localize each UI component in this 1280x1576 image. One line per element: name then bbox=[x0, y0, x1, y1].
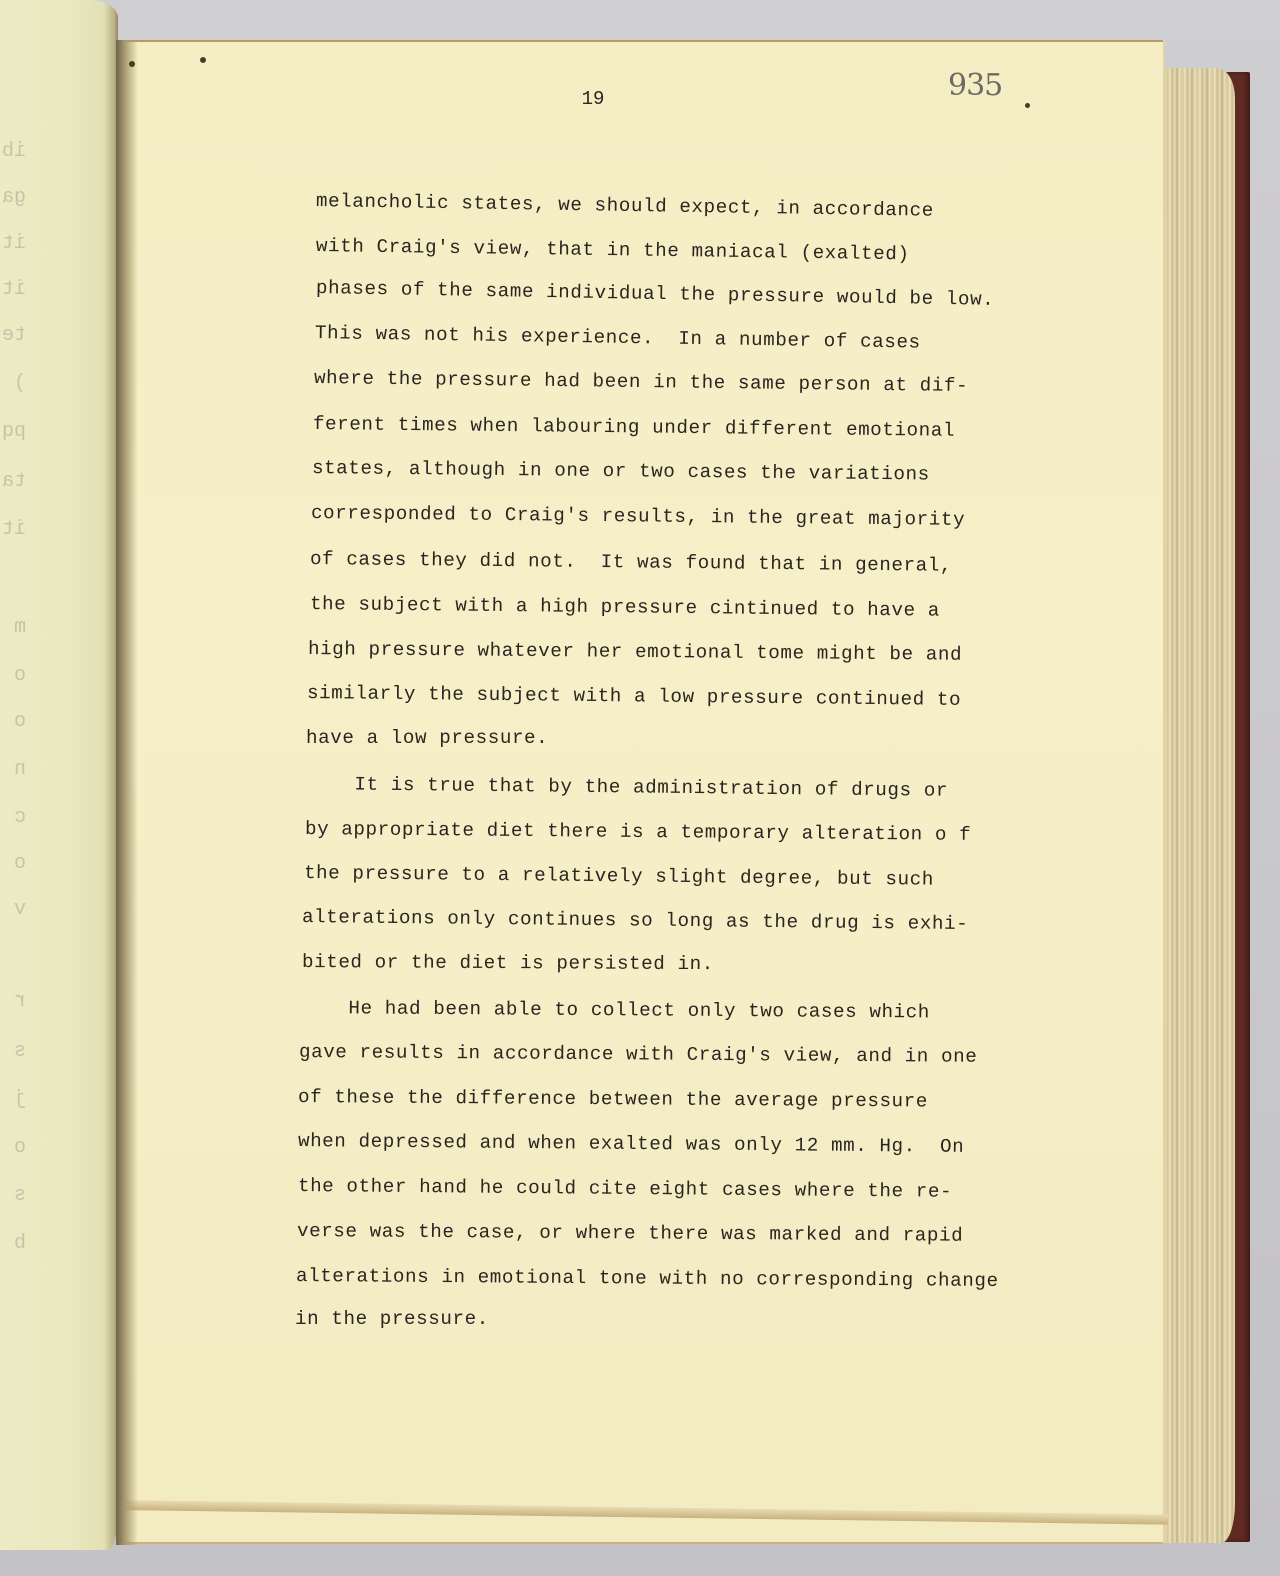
ghost-char: te bbox=[2, 324, 26, 347]
ghost-char: s bbox=[2, 1040, 26, 1063]
text-line: He had been able to collect only two cas… bbox=[300, 997, 930, 1023]
ghost-char: c bbox=[2, 806, 26, 829]
page-number: 19 bbox=[563, 88, 623, 110]
text-line: in the pressure. bbox=[295, 1308, 489, 1330]
text-line: have a low pressure. bbox=[306, 727, 548, 749]
text-line: bited or the diet is persisted in. bbox=[302, 951, 714, 975]
ghost-char: pq bbox=[2, 420, 26, 443]
ghost-char: ) bbox=[2, 372, 26, 395]
text-line: of these the difference between the aver… bbox=[298, 1086, 928, 1112]
handwritten-folio-number: 935 bbox=[948, 68, 1002, 103]
ghost-char: s bbox=[2, 1184, 26, 1207]
ghost-char: v bbox=[2, 898, 26, 921]
ghost-char: ga bbox=[2, 186, 26, 209]
ghost-char: ta bbox=[2, 470, 26, 493]
ghost-char: ib bbox=[2, 140, 26, 163]
ghost-char: n bbox=[2, 758, 26, 781]
ghost-char: o bbox=[2, 664, 26, 687]
facing-page: ib ga it it te ) pq ta it m o o n c o v … bbox=[0, 0, 118, 1550]
ghost-char: it bbox=[2, 278, 26, 301]
ghost-char: r bbox=[2, 990, 26, 1013]
binding-hole bbox=[200, 57, 206, 63]
ghost-char: o bbox=[2, 852, 26, 875]
binding-hole bbox=[129, 61, 135, 67]
ghost-char: j bbox=[2, 1088, 26, 1111]
text-line: verse was the case, or where there was m… bbox=[297, 1220, 963, 1247]
ghost-char: it bbox=[2, 518, 26, 541]
ghost-char: m bbox=[2, 616, 26, 639]
ghost-char: o bbox=[2, 1136, 26, 1159]
ghost-char: it bbox=[2, 232, 26, 255]
ink-dot bbox=[1025, 103, 1030, 108]
gutter-shadow bbox=[116, 40, 138, 1545]
ghost-char: b bbox=[2, 1232, 26, 1255]
ghost-char: o bbox=[2, 710, 26, 733]
